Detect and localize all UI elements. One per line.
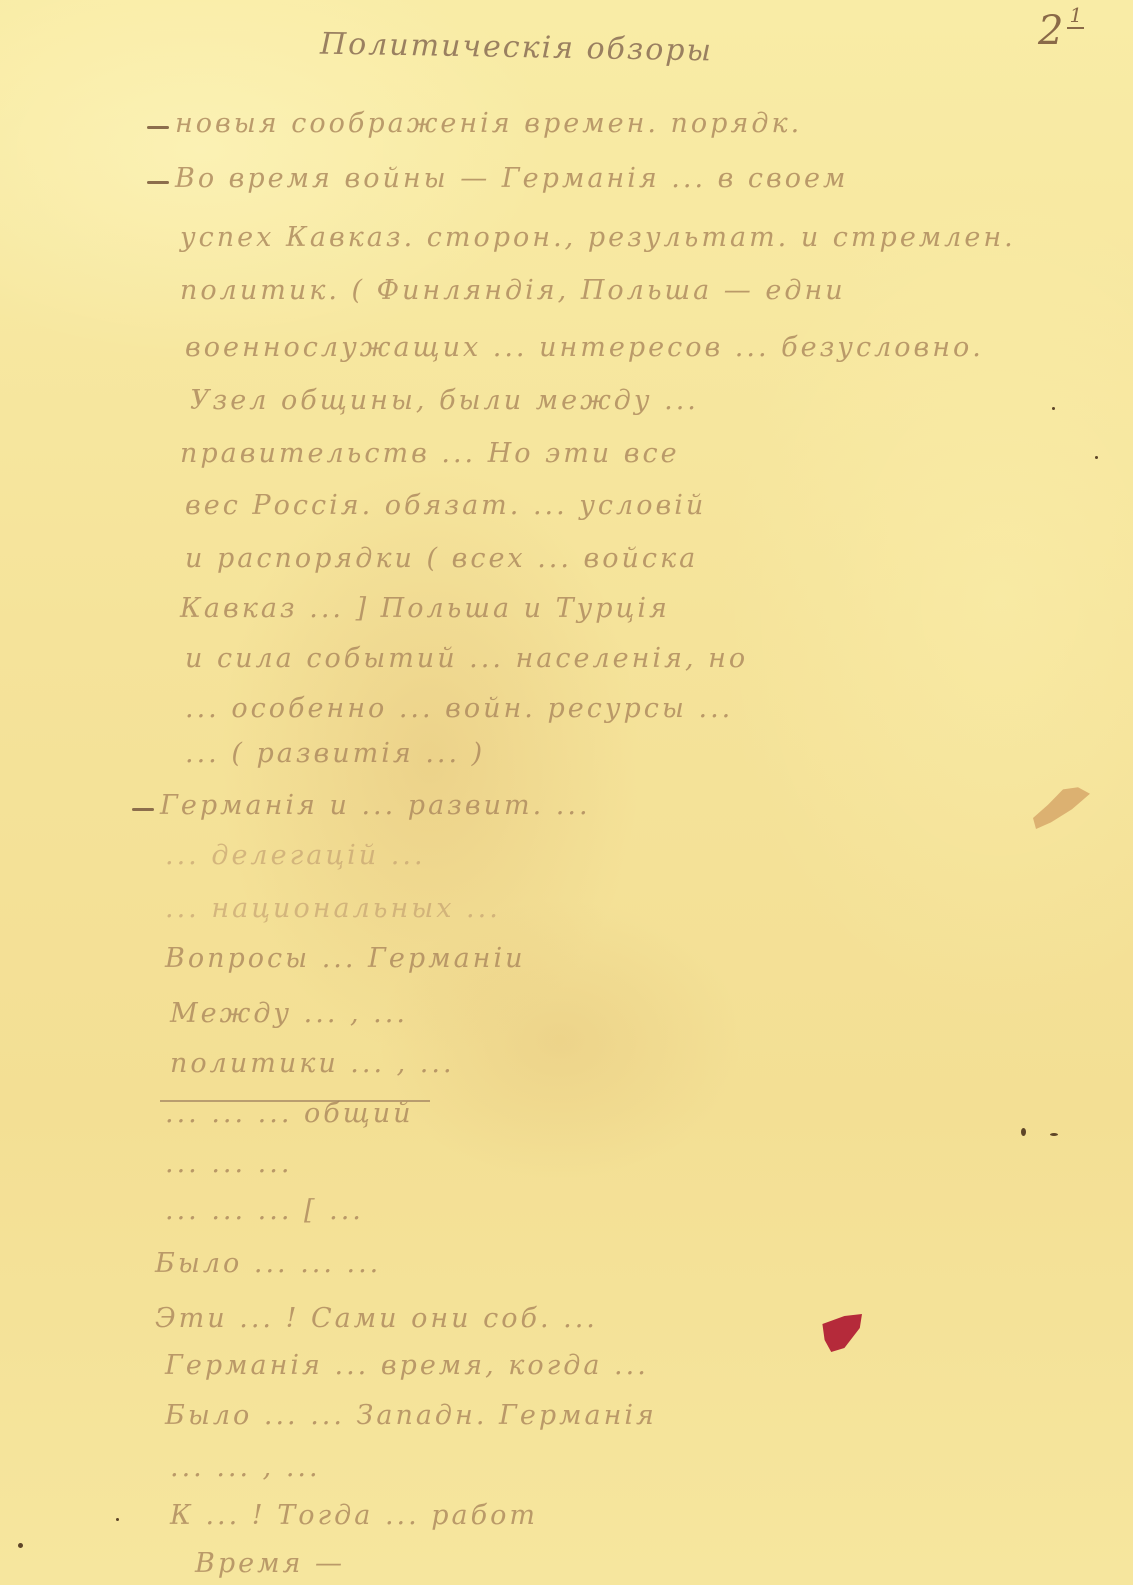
handwritten-line: успех Кавказ. сторон., результат. и стре… xyxy=(180,222,1016,253)
page-number: 21 xyxy=(1038,8,1084,54)
speck xyxy=(1052,407,1055,410)
handwritten-line: новыя соображенія времен. порядк. xyxy=(175,108,802,139)
underline-mark xyxy=(160,1100,430,1102)
handwritten-line: Во время войны — Германія ... в своем xyxy=(175,163,848,194)
handwritten-line: вес Россія. обязат. ... условій xyxy=(185,490,706,521)
speck xyxy=(116,1518,119,1521)
handwritten-line: ... особенно ... войн. ресурсы ... xyxy=(185,693,733,724)
handwritten-line: Узел общины, были между ... xyxy=(190,385,699,416)
ink-blot xyxy=(1030,785,1090,829)
manuscript-page: 21 Политическія обзоры новыя соображенія… xyxy=(0,0,1133,1585)
bullet-dash xyxy=(132,808,154,811)
handwritten-line: военнослужащих ... интересов ... безусло… xyxy=(185,332,984,363)
handwritten-line: политик. ( Финляндія, Польша — едни xyxy=(180,275,846,306)
handwritten-line: ... ... ... общий xyxy=(165,1098,414,1129)
handwritten-line: Было ... ... Западн. Германія xyxy=(165,1400,657,1431)
handwritten-line: ... ... ... xyxy=(165,1148,292,1179)
red-seal-fragment xyxy=(818,1312,862,1352)
speck xyxy=(1021,1128,1026,1136)
page-number-superscript: 1 xyxy=(1067,3,1084,29)
bullet-dash xyxy=(147,181,169,184)
bullet-dash xyxy=(147,126,169,129)
handwritten-line: Вопросы ... Германіи xyxy=(165,943,525,974)
handwritten-line: ... ( развитія ... ) xyxy=(185,738,485,769)
handwritten-line: и сила событий ... населенія, но xyxy=(185,643,748,674)
handwritten-line: Германія и ... развит. ... xyxy=(160,790,591,821)
handwritten-line: ... ... ... [ ... xyxy=(165,1195,364,1226)
handwritten-line: Было ... ... ... xyxy=(155,1248,381,1279)
handwritten-line: Между ... , ... xyxy=(170,998,408,1029)
speck xyxy=(18,1543,23,1548)
page-number-main: 2 xyxy=(1038,8,1063,54)
handwritten-line: Кавказ ... ] Польша и Турція xyxy=(180,593,670,624)
speck xyxy=(1050,1133,1058,1136)
handwritten-line: правительств ... Но эти все xyxy=(180,438,680,469)
handwritten-line: Германія ... время, когда ... xyxy=(165,1350,649,1381)
handwritten-line: Эти ... ! Сами они соб. ... xyxy=(155,1303,598,1334)
handwritten-line: ... делегацій ... xyxy=(165,840,426,871)
handwritten-line: ... ... , ... xyxy=(170,1452,321,1483)
handwritten-line: Время — xyxy=(195,1548,345,1579)
handwritten-line: и распорядки ( всех ... войска xyxy=(185,543,698,574)
page-title: Политическія обзоры xyxy=(320,27,714,69)
handwritten-line: К ... ! Тогда ... работ xyxy=(170,1500,538,1531)
speck xyxy=(1095,456,1098,459)
handwritten-line: ... национальных ... xyxy=(165,893,501,924)
handwritten-line: политики ... , ... xyxy=(170,1048,455,1079)
